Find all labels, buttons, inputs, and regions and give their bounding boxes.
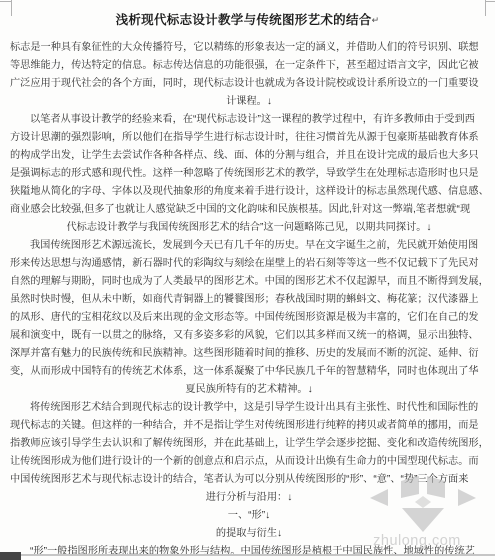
text-line: 标志是一种具有象征性的大众传播符号，它以精练的形象表达一定的涵义，并借助人们的符… <box>10 39 488 57</box>
text-line: 形来传达思想与沟通感情，新石器时代的彩陶纹与刻绘在崖壁上的岩石刻等等这一些不仅记… <box>10 255 488 273</box>
text-line: 指教师应该引导学生去认识和了解传统图形，并在此基础上，让学生学会逐步挖掘、变化和… <box>10 435 488 453</box>
text-line: 虽然时快时慢，但从未中断，如商代青铜器上的饕餮图形；春秋战国时期的蝌蚪文、梅花篆… <box>10 291 488 309</box>
margin-mark-top-left <box>0 1 11 2</box>
text-line: 等思维能力，传达特定的信息。标志传达信息的功能很强，在一定条件下，甚至超过语言文… <box>10 57 488 75</box>
text-line: 广泛应用于现代社会的各个方面，同时，现代标志设计也就成为各设计院校或设计系所设立… <box>10 75 488 93</box>
text-line: 的凤形、唐代的宝相花纹以及后来出现的金文形态等。中国传统图形资源是极为丰富的，它… <box>10 309 488 327</box>
text-line: 变，从而形成中国特有的传统艺术体系，这一体系凝聚了中华民族几千年的智慧精华，同时… <box>10 363 488 381</box>
text-line: 深厚并富有魅力的民族传统和民族精神。这些图形随着时间的推移、历史的发展而不断的沉… <box>10 345 488 363</box>
text-line: 代标志设计教学与我国传统图形艺术的结合”这一问题略陈己见，以期共同探讨。↓ <box>10 219 488 237</box>
text-line: 现代标志的关键。但这样的一种结合，并不是指让学生对传统图形进行纯粹的拷贝或者简单… <box>10 417 488 435</box>
text-line: 是强调标志的形式感和现代性。这样一种忽略了传统图形艺术的教学，导致学生在处理标志… <box>10 165 488 183</box>
margin-mark-top-right <box>486 1 495 2</box>
text-line: 进行分析与沿用：↓ <box>10 489 488 507</box>
bottom-corner-block <box>0 552 21 560</box>
text-line: 自然的理解与期盼，同时也成为了人类最早的图形艺术。中国的图形艺术不仅起源早，而且… <box>10 273 488 291</box>
text-line: 将传统图形艺术结合到现代标志的设计教学中，这是引导学生设计出具有主张性、时代性和… <box>10 399 488 417</box>
text-line: 计课程。↓ <box>10 93 488 111</box>
document-page: 浅析现代标志设计教学与传统图形艺术的结合↵ 标志是一种具有象征性的大众传播符号，… <box>0 0 495 560</box>
text-line: 我国传统图形艺术源远流长，发展到今天已有几千年的历史。早在文字诞生之前，先民就开… <box>10 237 488 255</box>
text-line: 夏民族所特有的艺术精神。↓ <box>10 381 488 399</box>
text-line: 中国传统图形艺术与现代标志设计的结合，笔者认为可以分别从传统图形的“形”、“意”… <box>10 471 488 489</box>
document-title-text: 浅析现代标志设计教学与传统图形艺术的结合 <box>116 13 372 27</box>
text-line: 一、“形”↓ <box>10 507 488 525</box>
text-line: 狭隘地从简化的字母、字体以及现代抽象形的角度来着手进行设计，这样设计的标志虽然现… <box>10 183 488 201</box>
document-body: 标志是一种具有象征性的大众传播符号，它以精练的形象表达一定的涵义，并借助人们的符… <box>10 39 488 560</box>
paragraph-mark-icon: ↵ <box>372 15 380 25</box>
text-line: 展和演变中，既有一以贯之的脉络，又有多姿多彩的风貌，它们以其多样而又统一的格调，… <box>10 327 488 345</box>
watermark-text: zhulong.com <box>352 533 482 549</box>
text-line: 的构成学出发，让学生去尝试作各种各样点、线、面、体的分割与组合，并且在设计完成的… <box>10 147 488 165</box>
bottom-edge-line <box>0 554 495 556</box>
text-line: 让传统图形成为他们进行设计的一个新的创意点和启示点，从而设计出焕有生命力的中国型… <box>10 453 488 471</box>
document-title: 浅析现代标志设计教学与传统图形艺术的结合↵ <box>0 10 495 28</box>
text-line: 商业感会比较强,但多了也就让人感觉缺乏中国的文化韵味和民族根基。因此,针对这一弊… <box>10 201 488 219</box>
text-line: 以笔者从事设计教学的经验来看，在“现代标志设计”这一课程的教学过程中，有许多教师… <box>10 111 488 129</box>
text-line: 方设计思潮的强烈影响，所以他们在指导学生进行标志设计时，往往习惯首先从源于包豪斯… <box>10 129 488 147</box>
